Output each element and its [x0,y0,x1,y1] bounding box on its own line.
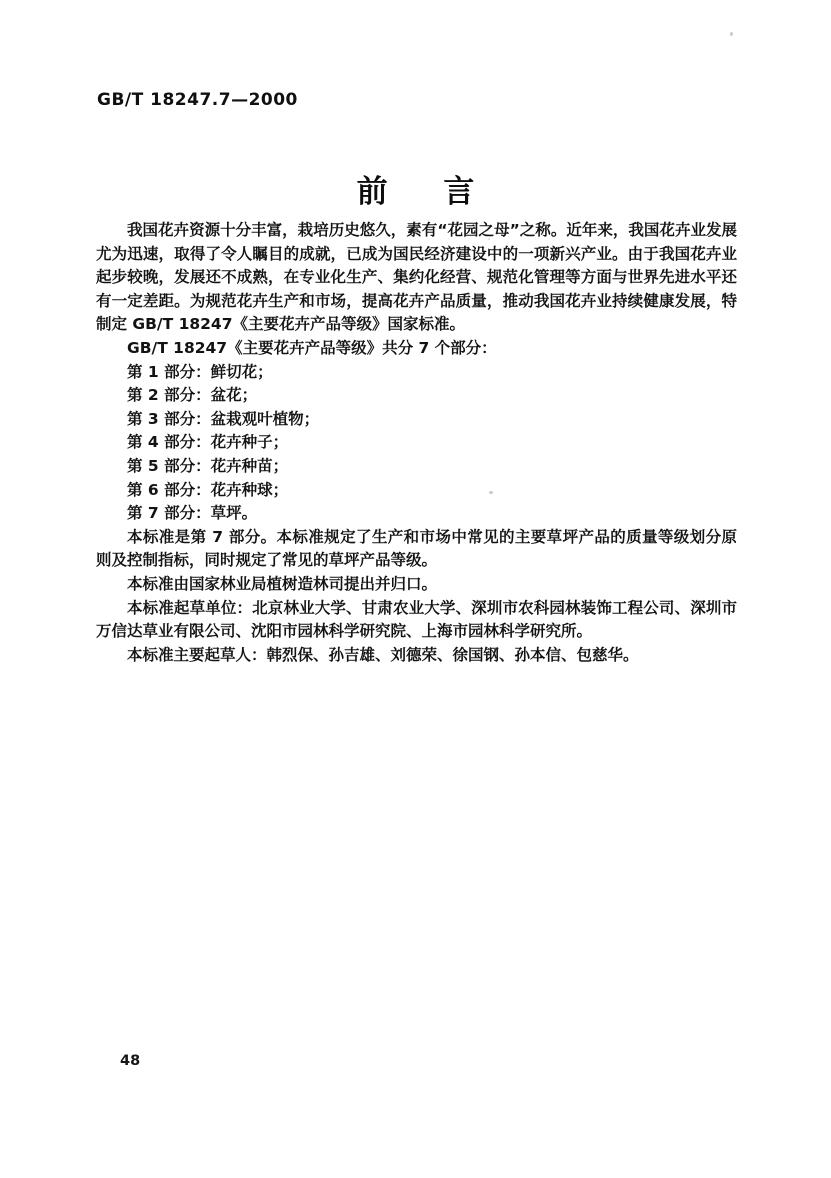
foreword-body: 我国花卉资源十分丰富，栽培历史悠久，素有“花园之母”之称。近年来，我国花卉业发展… [96,219,737,667]
paragraph-proposer: 本标准由国家林业局植树造林司提出并归口。 [96,573,737,597]
scan-speck [488,238,490,240]
paragraph-scope: 本标准是第 7 部分。本标准规定了生产和市场中常见的主要草坪产品的质量等级划分原… [96,526,737,573]
paragraph-intro: 我国花卉资源十分丰富，栽培历史悠久，素有“花园之母”之称。近年来，我国花卉业发展… [96,219,737,337]
page-title: 前言 [0,166,831,211]
part-item-6: 第 6 部分：花卉种球； [96,479,737,503]
document-page: GB/T 18247.7—2000 前言 我国花卉资源十分丰富，栽培历史悠久，素… [0,0,831,1178]
part-item-3: 第 3 部分：盆栽观叶植物； [96,408,737,432]
scan-speck [730,32,733,36]
part-item-1: 第 1 部分：鲜切花； [96,361,737,385]
part-item-5: 第 5 部分：花卉种苗； [96,455,737,479]
part-item-4: 第 4 部分：花卉种子； [96,431,737,455]
paragraph-drafting-units: 本标准起草单位：北京林业大学、甘肃农业大学、深圳市农科园林装饰工程公司、深圳市万… [96,597,737,644]
doc-number: GB/T 18247.7—2000 [97,90,298,110]
part-item-2: 第 2 部分：盆花； [96,384,737,408]
scan-speck [489,491,493,494]
page-number: 48 [120,1053,140,1069]
part-item-7: 第 7 部分：草坪。 [96,502,737,526]
paragraph-series-heading: GB/T 18247《主要花卉产品等级》共分 7 个部分： [96,337,737,361]
paragraph-drafters: 本标准主要起草人：韩烈保、孙吉雄、刘德荣、徐国钢、孙本信、包慈华。 [96,644,737,668]
